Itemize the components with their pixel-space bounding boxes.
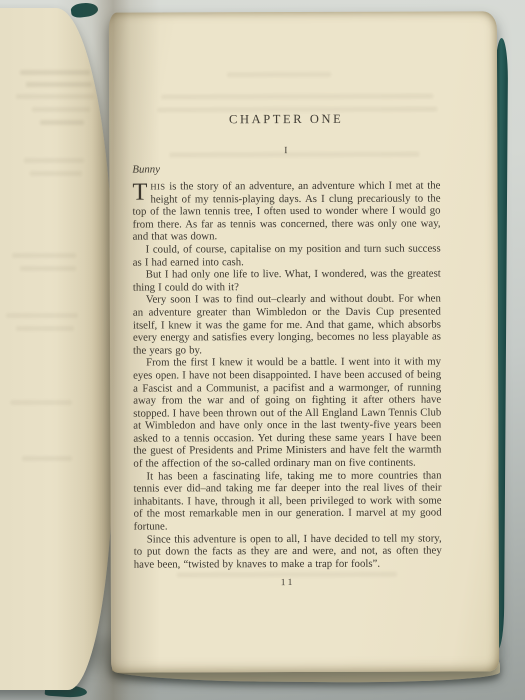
section-numeral: I xyxy=(132,146,440,157)
book-photo: CHAPTER ONE I Bunny THIS is the story of… xyxy=(0,0,525,700)
body-paragraph: From the first I knew it would be a batt… xyxy=(133,356,441,470)
page-number: 11 xyxy=(134,578,442,589)
body-paragraph: Very soon I was to find out–clearly and … xyxy=(133,293,441,357)
narrator-name: Bunny xyxy=(132,163,440,176)
show-through-text xyxy=(12,253,76,258)
body-text: THIS is the story of an adventure, an ad… xyxy=(132,180,441,571)
show-through-text xyxy=(22,456,72,461)
show-through-text xyxy=(16,94,94,99)
show-through-text xyxy=(16,326,74,331)
show-through-text xyxy=(40,120,84,125)
opening-paragraph: THIS is the story of an adventure, an ad… xyxy=(132,180,440,244)
show-through-text xyxy=(227,72,331,77)
show-through-text xyxy=(20,70,90,75)
show-through-text xyxy=(30,171,82,176)
body-paragraph: But I had only one life to live. What, I… xyxy=(133,268,441,294)
opening-paragraph-text: is the story of an adventure, an adventu… xyxy=(133,180,441,243)
type-area: CHAPTER ONE I Bunny THIS is the story of… xyxy=(132,112,442,589)
right-page: CHAPTER ONE I Bunny THIS is the story of… xyxy=(109,11,499,672)
cover-corner-top-left xyxy=(70,1,99,18)
chapter-heading: CHAPTER ONE xyxy=(132,112,440,128)
show-through-text xyxy=(26,82,92,87)
show-through-text xyxy=(24,158,84,163)
body-paragraph: Since this adventure is open to all, I h… xyxy=(134,532,442,571)
show-through-text xyxy=(10,400,72,405)
body-paragraph: I could, of course, capitalise on my pos… xyxy=(133,242,441,268)
show-through-text xyxy=(20,266,76,271)
opening-smallcaps: HIS xyxy=(150,181,165,191)
left-page xyxy=(0,8,114,690)
show-through-text xyxy=(6,313,78,318)
body-paragraph: It has been a fascinating life, taking m… xyxy=(133,469,441,533)
drop-cap: T xyxy=(132,181,150,203)
show-through-text xyxy=(161,94,433,100)
show-through-text xyxy=(32,107,90,112)
